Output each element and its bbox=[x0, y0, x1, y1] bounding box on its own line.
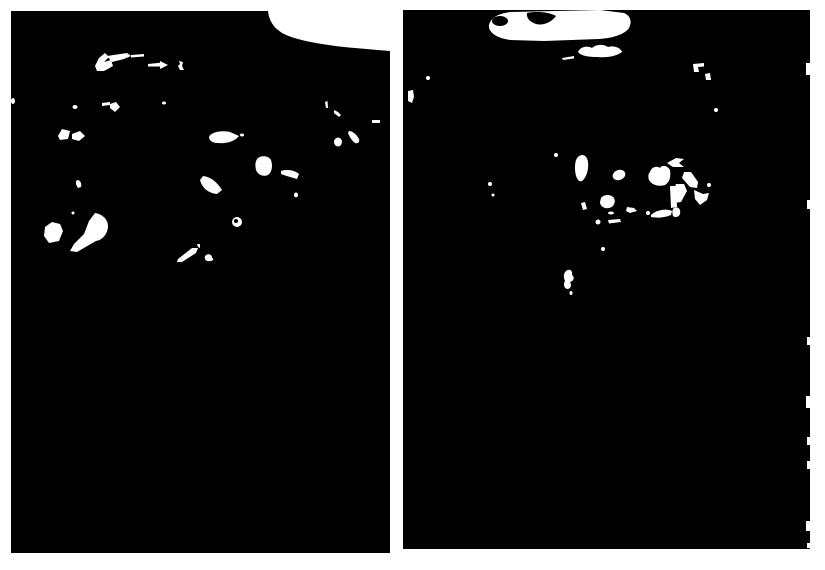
bar-vertical bbox=[670, 186, 677, 208]
speck-d bbox=[162, 102, 166, 105]
dot-crescent bbox=[646, 211, 650, 215]
dot-banana-tip bbox=[240, 134, 244, 137]
dot-round bbox=[334, 138, 342, 147]
speck-f bbox=[426, 76, 430, 80]
dot-b bbox=[714, 108, 718, 112]
edge-tear-e bbox=[807, 437, 811, 445]
round-blob bbox=[600, 195, 615, 208]
speck-j bbox=[492, 194, 495, 197]
lid-highlight bbox=[489, 10, 631, 41]
edge-tear-a bbox=[806, 63, 811, 75]
bean-blob bbox=[255, 156, 272, 176]
edge-speck-left bbox=[11, 98, 15, 104]
worm-dot bbox=[570, 291, 573, 295]
dot-c bbox=[596, 220, 601, 225]
lid-dash-a bbox=[584, 11, 595, 14]
binarized-photo-pair-page bbox=[0, 0, 825, 570]
binarized-photo-pair bbox=[0, 0, 825, 570]
speck-a bbox=[73, 105, 78, 109]
speck-h bbox=[707, 183, 711, 187]
lid-dip-dark bbox=[492, 16, 508, 26]
ring-blob-center bbox=[234, 219, 238, 223]
edge-tear-c bbox=[807, 337, 811, 345]
edge-tear-d bbox=[806, 396, 811, 408]
lid-dash-b bbox=[602, 13, 608, 16]
left-photo bbox=[11, 11, 390, 553]
speck-e bbox=[72, 212, 75, 215]
edge-tear-g bbox=[806, 521, 811, 531]
dot-small-a bbox=[294, 193, 298, 198]
mark-tick bbox=[705, 73, 711, 80]
edge-tear-f bbox=[807, 461, 811, 469]
speck-g bbox=[554, 153, 558, 157]
mini-dash bbox=[608, 212, 614, 215]
dash-b bbox=[372, 120, 380, 123]
edge-tear-b bbox=[807, 200, 811, 209]
edge-tear-h bbox=[807, 543, 811, 548]
speck-i bbox=[488, 182, 492, 186]
right-photo bbox=[403, 10, 810, 549]
dot-d bbox=[601, 247, 605, 251]
crescent-right bbox=[672, 207, 680, 217]
